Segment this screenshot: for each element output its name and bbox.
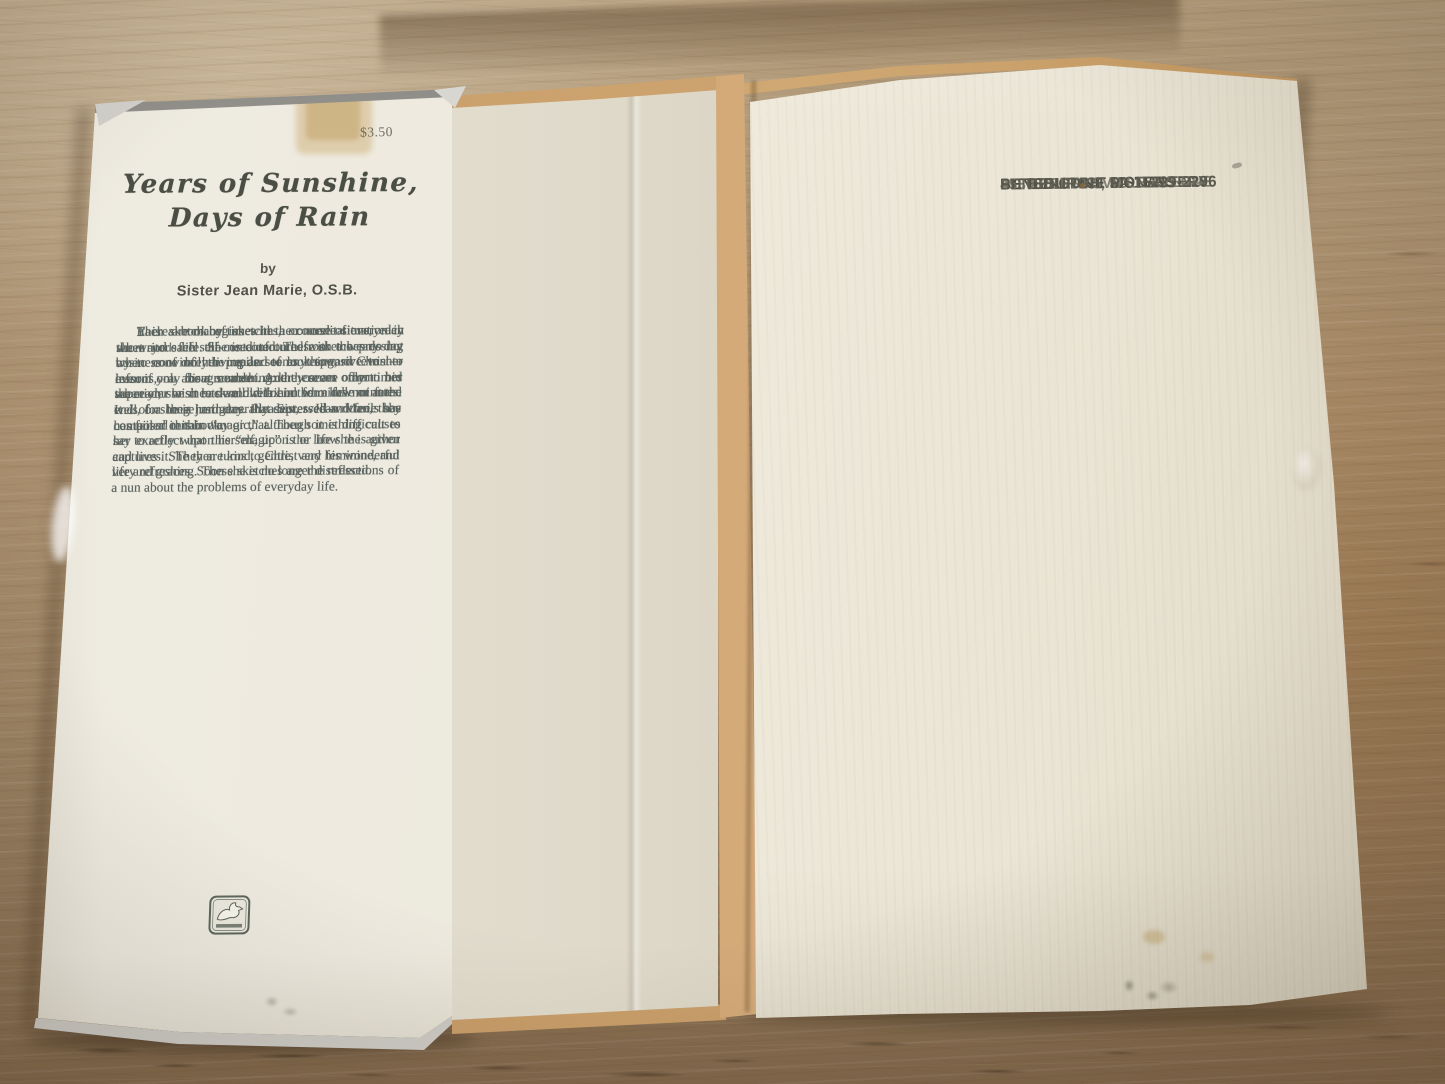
photo-vignette <box>0 0 1445 1084</box>
book-photo: BENEDICTINE SISTERS ST. BENEDICT MONASTE… <box>0 0 1445 1084</box>
